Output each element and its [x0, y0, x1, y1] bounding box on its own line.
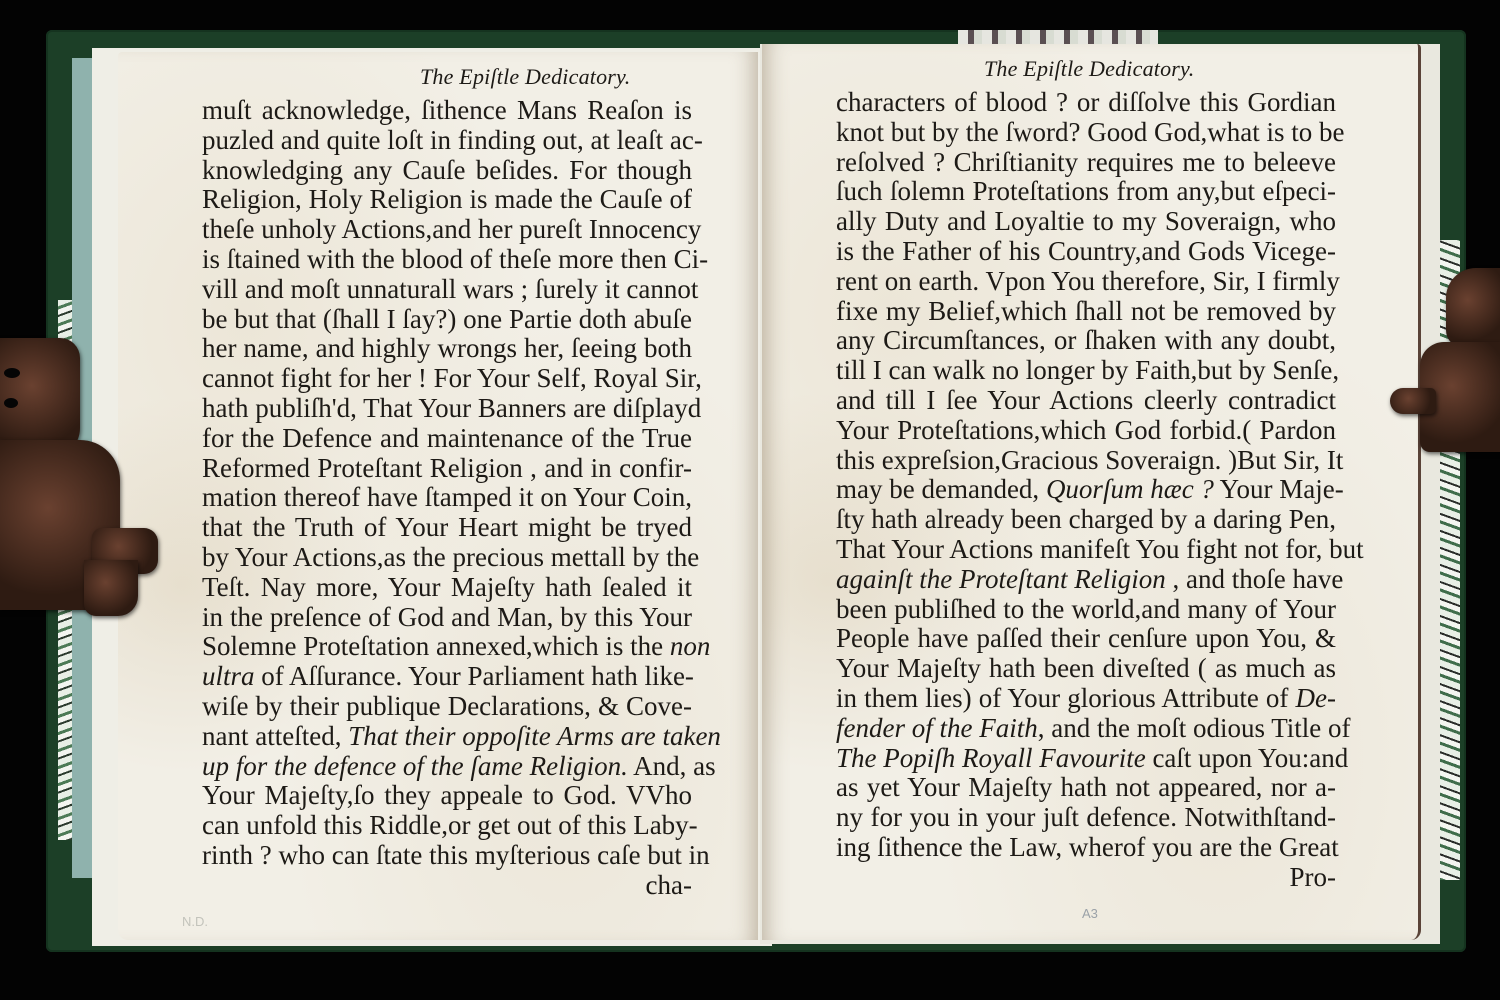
text-line: can unfold this Riddle,or get out of thi…	[202, 811, 692, 841]
italic-text: ultra	[202, 661, 255, 691]
text-line: mation thereof have ſtamped it on Your C…	[202, 483, 692, 513]
running-head: The Epiſtle Dedicatory.	[984, 56, 1418, 82]
text-line: puzled and quite loſt in finding out, at…	[202, 126, 692, 156]
text-line: in the preſence of God and Man, by this …	[202, 603, 692, 633]
text-run: And, as	[628, 751, 716, 781]
text-line: Your Majeſty hath been diveſted ( as muc…	[836, 654, 1336, 684]
text-line: reſolved ? Chriſtianity requires me to b…	[836, 148, 1336, 178]
right-text-block: characters of blood ? or diſſolve this G…	[836, 88, 1336, 893]
text-line: this expreſsion,Gracious Soveraign. )But…	[836, 446, 1336, 476]
text-run: in them lies) of Your glorious Attribute…	[836, 683, 1296, 713]
text-line: for the Defence and maintenance of the T…	[202, 424, 692, 454]
corner-mark: N.D.	[182, 914, 208, 929]
text-line: is the Father of his Country,and Gods Vi…	[836, 237, 1336, 267]
italic-line: That Your Actions manifeſt You fight not…	[836, 535, 1336, 565]
text-line-mixed: againſt the Proteſtant Religion , and th…	[836, 565, 1336, 595]
text-line: ny for you in your juſt defence. Notwith…	[836, 803, 1336, 833]
text-run: Solemne Proteſtation annexed,which is th…	[202, 631, 670, 661]
text-line-mixed: may be demanded, Quorſum hæc ? Your Maje…	[836, 475, 1336, 505]
text-run: of Aſſurance. Your Parliament hath like-	[255, 661, 694, 691]
text-line: People have paſſed their cenſure upon Yo…	[836, 624, 1336, 654]
text-run: nant atteſted,	[202, 721, 348, 751]
text-line: Your Majeſty,ſo they appeale to God. VVh…	[202, 781, 692, 811]
text-line-mixed: nant atteſted, That their oppoſite Arms …	[202, 722, 692, 752]
text-line-mixed: ultra of Aſſurance. Your Parliament hath…	[202, 662, 692, 692]
italic-text: againſt the Proteſtant Religion	[836, 564, 1166, 594]
text-line: any Circumſtances, or ſhaken with any do…	[836, 326, 1336, 356]
left-page: The Epiſtle Dedicatory. muſt acknowledge…	[118, 52, 758, 940]
catchword: cha-	[202, 871, 692, 901]
text-line: cannot fight for her ! For Your Self, Ro…	[202, 364, 692, 394]
text-line: as yet Your Majeſty hath not appeared, n…	[836, 773, 1336, 803]
running-head: The Epiſtle Dedicatory.	[340, 64, 758, 90]
text-line: Reformed Proteſtant Religion , and in co…	[202, 454, 692, 484]
clasp-right-upper	[1446, 268, 1500, 348]
text-run: may be demanded,	[836, 474, 1046, 504]
text-line: wiſe by their publique Declarations, & C…	[202, 692, 692, 722]
italic-text: That their oppoſite Arms are taken	[348, 721, 721, 751]
text-line: be but that (ſhall I ſay?) one Partie do…	[202, 305, 692, 335]
text-line: vill and moſt unnaturall wars ; ſurely i…	[202, 275, 692, 305]
text-line: that the Truth of Your Heart might be tr…	[202, 513, 692, 543]
text-line-mixed: The Popiſh Royall Favourite caſt upon Yo…	[836, 744, 1336, 774]
text-line: characters of blood ? or diſſolve this G…	[836, 88, 1336, 118]
text-line: theſe unholy Actions,and her pureſt Inno…	[202, 215, 692, 245]
text-line: ing ſithence the Law, wherof you are the…	[836, 833, 1336, 863]
text-line-mixed: up for the defence of the ſame Religion.…	[202, 752, 692, 782]
clasp-hole	[4, 398, 18, 408]
italic-text: non	[670, 631, 711, 661]
text-line: till I can walk no longer by Faith,but b…	[836, 356, 1336, 386]
text-line: knot but by the ſword? Good God,what is …	[836, 118, 1336, 148]
text-line: Your Proteſtations,which God forbid.( Pa…	[836, 416, 1336, 446]
text-line: rinth ? who can ſtate this myſterious ca…	[202, 841, 692, 871]
italic-text: fender of the Faith	[836, 713, 1038, 743]
text-line-mixed: in them lies) of Your glorious Attribute…	[836, 684, 1336, 714]
text-line-mixed: Solemne Proteſtation annexed,which is th…	[202, 632, 692, 662]
text-line: Teſt. Nay more, Your Majeſty hath ſealed…	[202, 573, 692, 603]
italic-text: Quorſum hæc ?	[1046, 474, 1214, 504]
text-line: and till I ſee Your Actions cleerly cont…	[836, 386, 1336, 416]
text-line: ally Duty and Loyaltie to my Soveraign, …	[836, 207, 1336, 237]
text-line: her name, and highly wrongs her, ſeeing …	[202, 334, 692, 364]
clasp-hole	[4, 368, 20, 378]
right-page: The Epiſtle Dedicatory. characters of bl…	[762, 44, 1421, 940]
left-text-block: muſt acknowledge, ſithence Mans Reaſon i…	[202, 96, 692, 901]
italic-text: The Popiſh Royall Favourite	[836, 743, 1146, 773]
text-line: ſuch ſolemn Proteſtations from any,but e…	[836, 177, 1336, 207]
signature-mark: A3	[1082, 906, 1098, 921]
text-line: ſty hath already been charged by a darin…	[836, 505, 1336, 535]
text-run: , and thoſe have	[1166, 564, 1344, 594]
text-line: is ſtained with the blood of theſe more …	[202, 245, 692, 275]
clasp-right-hook	[1390, 388, 1436, 414]
text-line-mixed: fender of the Faith, and the moſt odious…	[836, 714, 1336, 744]
clasp-left-tail	[84, 560, 138, 616]
text-run: caſt upon You:and	[1146, 743, 1349, 773]
text-line: been publiſhed to the world,and many of …	[836, 595, 1336, 625]
text-line: Religion, Holy Religion is made the Cauſ…	[202, 185, 692, 215]
catchword: Pro-	[836, 863, 1336, 893]
italic-text: up for the defence of the ſame Religion.	[202, 751, 628, 781]
text-run: Your Maje-	[1214, 474, 1344, 504]
text-line: rent on earth. Vpon You therefore, Sir, …	[836, 267, 1336, 297]
text-line: hath publiſh'd, That Your Banners are di…	[202, 394, 692, 424]
text-line: knowledging any Cauſe beſides. For thoug…	[202, 156, 692, 186]
text-run: , and the moſt odious Title of	[1038, 713, 1351, 743]
italic-text: De-	[1296, 683, 1336, 713]
text-line: by Your Actions,as the precious mettall …	[202, 543, 692, 573]
text-line: fixe my Belief,which ſhall not be remove…	[836, 297, 1336, 327]
text-line: muſt acknowledge, ſithence Mans Reaſon i…	[202, 96, 692, 126]
marbled-endpaper-top	[958, 30, 1158, 44]
